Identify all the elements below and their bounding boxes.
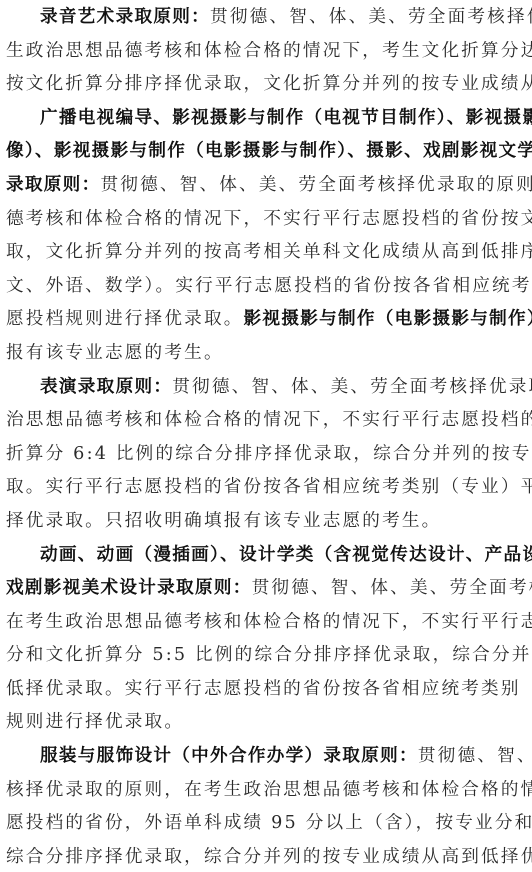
body-text: 愿投档的省份，外语单科成绩 95 分以上（含），按专业分和文化折算分 5:5 比…	[6, 813, 532, 833]
text-line: 在考生政治思想品德考核和体检合格的情况下，不实行平行志愿投档的省份按专业	[6, 606, 530, 640]
section-heading: 像）、影视摄影与制作（电影摄影与制作）、摄影、戏剧影视文学、数字媒体艺术	[6, 141, 532, 161]
body-text: 贯彻德、智、体、美、劳全面考核择优录取的原则，	[252, 578, 532, 598]
text-line: 录取原则：贯彻德、智、体、美、劳全面考核择优录取的原则，在考生政治思想品	[6, 169, 530, 203]
body-text: 核择优录取的原则，在考生政治思想品德考核和体检合格的情况下，不实行平行志	[6, 780, 532, 800]
paragraph-performance: 表演录取原则：贯彻德、智、体、美、劳全面考核择优录取的原则，在考生政 治思想品德…	[6, 371, 530, 539]
text-line: 动画、动画（漫插画）、设计学类（含视觉传达设计、产品设计 2 个专业）、	[6, 539, 530, 573]
body-text: 贯彻德、智、体、美、劳全面考核择优录取的原则，在考	[210, 7, 532, 27]
text-line: 愿投档规则进行择优录取。影视摄影与制作（电影摄影与制作）专业只招收明确填	[6, 303, 530, 337]
text-line: 择优录取。只招收明确填报有该专业志愿的考生。	[6, 505, 530, 539]
emphasis-text: 影视摄影与制作（电影摄影与制作）专业	[244, 309, 532, 329]
body-text: 综合分排序择优录取，综合分并列的按专业成绩从高到低择优录取。	[6, 847, 532, 867]
body-text: 按文化折算分排序择优录取，文化折算分并列的按专业成绩从高到低择优录取。	[6, 74, 532, 94]
body-text: 在考生政治思想品德考核和体检合格的情况下，不实行平行志愿投档的省份按专业	[6, 612, 532, 632]
section-heading: 表演录取原则：	[40, 377, 172, 397]
text-line: 分和文化折算分 5:5 比例的综合分排序择优录取，综合分并列的按专业成绩从高到	[6, 639, 530, 673]
body-text: 取。实行平行志愿投档的省份按各省相应统考类别（专业）平行志愿投档规则进行	[6, 477, 532, 497]
text-line: 治思想品德考核和体检合格的情况下，不实行平行志愿投档的省份按专业分和文化	[6, 404, 530, 438]
text-line: 文、外语、数学）。实行平行志愿投档的省份按各省相应统考类别（专业）平行志	[6, 270, 530, 304]
text-line: 戏剧影视美术设计录取原则：贯彻德、智、体、美、劳全面考核择优录取的原则，	[6, 572, 530, 606]
section-heading: 录取原则：	[6, 175, 100, 195]
body-text: 贯彻德、智、体、美、劳全面考	[418, 746, 532, 766]
document-page: 录音艺术录取原则：贯彻德、智、体、美、劳全面考核择优录取的原则，在考 生政治思想…	[6, 1, 530, 872]
paragraph-broadcast-film: 广播电视编导、影视摄影与制作（电视节目制作）、影视摄影与制作（电视摄 像）、影视…	[6, 102, 530, 371]
section-heading: 广播电视编导、影视摄影与制作（电视节目制作）、影视摄影与制作（电视摄	[40, 108, 532, 128]
body-text: 折算分 6:4 比例的综合分排序择优录取，综合分并列的按专业成绩从高到低择优录	[6, 444, 532, 464]
section-heading: 服装与服饰设计（中外合作办学）录取原则：	[40, 746, 418, 766]
body-text: 治思想品德考核和体检合格的情况下，不实行平行志愿投档的省份按专业分和文化	[6, 410, 532, 430]
text-line: 表演录取原则：贯彻德、智、体、美、劳全面考核择优录取的原则，在考生政	[6, 371, 530, 405]
text-line: 取，文化折算分并列的按高考相关单科文化成绩从高到低排序（比较顺序依次为语	[6, 236, 530, 270]
text-line: 综合分排序择优录取，综合分并列的按专业成绩从高到低择优录取。实行平行志愿	[6, 841, 530, 872]
text-line: 德考核和体检合格的情况下，不实行平行志愿投档的省份按文化折算分排序择优录	[6, 203, 530, 237]
text-line: 规则进行择优录取。	[6, 706, 530, 740]
text-line: 录音艺术录取原则：贯彻德、智、体、美、劳全面考核择优录取的原则，在考	[6, 1, 530, 35]
body-text: 分和文化折算分 5:5 比例的综合分排序择优录取，综合分并列的按专业成绩从高到	[6, 645, 532, 665]
text-line: 服装与服饰设计（中外合作办学）录取原则：贯彻德、智、体、美、劳全面考	[6, 740, 530, 774]
text-line: 低择优录取。实行平行志愿投档的省份按各省相应统考类别（专业）平行志愿投档	[6, 673, 530, 707]
text-line: 像）、影视摄影与制作（电影摄影与制作）、摄影、戏剧影视文学、数字媒体艺术	[6, 135, 530, 169]
text-line: 广播电视编导、影视摄影与制作（电视节目制作）、影视摄影与制作（电视摄	[6, 102, 530, 136]
body-text: 取，文化折算分并列的按高考相关单科文化成绩从高到低排序（比较顺序依次为语	[6, 242, 532, 262]
body-text: 贯彻德、智、体、美、劳全面考核择优录取的原则，在考生政	[172, 377, 532, 397]
body-text: 贯彻德、智、体、美、劳全面考核择优录取的原则，在考生政治思想品	[100, 175, 532, 195]
body-text: 低择优录取。实行平行志愿投档的省份按各省相应统考类别（专业）平行志愿投档	[6, 679, 532, 699]
body-text: 报有该专业志愿的考生。	[6, 343, 224, 363]
section-heading: 动画、动画（漫插画）、设计学类（含视觉传达设计、产品设计 2 个专业）、	[40, 545, 532, 565]
text-line: 取。实行平行志愿投档的省份按各省相应统考类别（专业）平行志愿投档规则进行	[6, 471, 530, 505]
paragraph-fashion-design: 服装与服饰设计（中外合作办学）录取原则：贯彻德、智、体、美、劳全面考 核择优录取…	[6, 740, 530, 872]
text-line: 折算分 6:4 比例的综合分排序择优录取，综合分并列的按专业成绩从高到低择优录	[6, 438, 530, 472]
paragraph-animation-design: 动画、动画（漫插画）、设计学类（含视觉传达设计、产品设计 2 个专业）、 戏剧影…	[6, 539, 530, 741]
section-heading: 录音艺术录取原则：	[40, 7, 210, 27]
body-text: 生政治思想品德考核和体检合格的情况下，考生文化折算分达到 75 分以上（含），	[6, 41, 532, 61]
body-text: 规则进行择优录取。	[6, 712, 184, 732]
text-line: 报有该专业志愿的考生。	[6, 337, 530, 371]
text-line: 生政治思想品德考核和体检合格的情况下，考生文化折算分达到 75 分以上（含），	[6, 35, 530, 69]
text-line: 按文化折算分排序择优录取，文化折算分并列的按专业成绩从高到低择优录取。	[6, 68, 530, 102]
body-text: 择优录取。只招收明确填报有该专业志愿的考生。	[6, 511, 441, 531]
body-text: 德考核和体检合格的情况下，不实行平行志愿投档的省份按文化折算分排序择优录	[6, 209, 532, 229]
section-heading: 戏剧影视美术设计录取原则：	[6, 578, 252, 598]
text-line: 核择优录取的原则，在考生政治思想品德考核和体检合格的情况下，不实行平行志	[6, 774, 530, 808]
text-line: 愿投档的省份，外语单科成绩 95 分以上（含），按专业分和文化折算分 5:5 比…	[6, 807, 530, 841]
body-text: 文、外语、数学）。实行平行志愿投档的省份按各省相应统考类别（专业）平行志	[6, 276, 532, 296]
paragraph-recording-art: 录音艺术录取原则：贯彻德、智、体、美、劳全面考核择优录取的原则，在考 生政治思想…	[6, 1, 530, 102]
body-text: 愿投档规则进行择优录取。	[6, 309, 244, 329]
